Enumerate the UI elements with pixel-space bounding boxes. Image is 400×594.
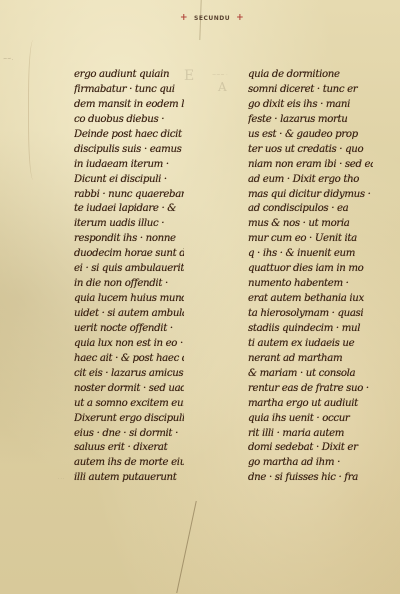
text-line: eius · dne · si dormit ·: [74, 427, 184, 442]
text-line: rit illi · maria autem: [248, 427, 373, 442]
text-line: quia ihs uenit · occur: [248, 412, 373, 427]
text-line: autem ihs de morte eius ·: [74, 456, 184, 471]
text-line: co duobus diebus ·: [74, 113, 184, 128]
text-line: te iudaei lapidare · &: [74, 202, 184, 217]
text-line: domi sedebat · Dixit er: [248, 441, 373, 456]
text-line: niam non eram ibi · sed eamus: [248, 158, 373, 173]
text-line: ad condiscipulos · ea: [248, 202, 373, 217]
show-through-mark: ~~~ ·: [212, 72, 228, 78]
page-fold: [28, 40, 41, 180]
text-line: in die non offendit ·: [74, 277, 184, 292]
text-line: firmabatur · tunc qui: [74, 83, 184, 98]
text-line: martha ergo ut audiuit: [248, 397, 373, 412]
text-line: uerit nocte offendit ·: [74, 322, 184, 337]
text-line: q · ihs · & inuenit eum: [248, 247, 373, 262]
margin-note: ~~.: [3, 56, 13, 63]
text-line: & mariam · ut consola: [248, 367, 373, 382]
text-line: somni diceret · tunc er: [248, 83, 373, 98]
text-line: rabbi · nunc quaerebant: [74, 188, 184, 203]
text-line: uidet · si autem ambula: [74, 307, 184, 322]
text-line: discipulis suis · eamus: [74, 143, 184, 158]
text-line: ta hierosolymam · quasi: [248, 307, 373, 322]
text-line: ter uos ut credatis · quo: [248, 143, 373, 158]
red-cross-icon: +: [180, 13, 188, 23]
text-line: in iudaeam iterum ·: [74, 158, 184, 173]
text-line: respondit ihs · nonne: [74, 232, 184, 247]
text-column-right: quia de dormitione somni diceret · tunc …: [248, 68, 373, 486]
text-line: rentur eas de fratre suo ·: [248, 382, 373, 397]
text-line: ei · si quis ambulauerit: [74, 262, 184, 277]
text-line: duodecim horae sunt di: [74, 247, 184, 262]
text-column-left: ergo audiunt quiain firmabatur · tunc qu…: [74, 68, 184, 486]
text-line: go martha ad ihm ·: [248, 456, 373, 471]
text-line: nerant ad martham: [248, 352, 373, 367]
text-line: numento habentem ·: [248, 277, 373, 292]
running-header: + SECUNDU +: [180, 11, 244, 25]
text-line: Dixerunt ergo discipuli: [74, 412, 184, 427]
text-line: mus & nos · ut moria: [248, 217, 373, 232]
text-line: go dixit eis ihs · mani: [248, 98, 373, 113]
text-line: erat autem bethania iux: [248, 292, 373, 307]
bottom-margin-note: · · ·: [58, 476, 64, 481]
text-line: us est · & gaudeo prop: [248, 128, 373, 143]
show-through-letter: A: [218, 80, 227, 94]
text-line: ergo audiunt quiain: [74, 68, 184, 83]
text-line: ti autem ex iudaeis ue: [248, 337, 373, 352]
text-line: illi autem putauerunt: [74, 471, 184, 486]
text-line: quattuor dies iam in mo: [248, 262, 373, 277]
text-line: cit eis · lazarus amicus: [74, 367, 184, 382]
text-line: quia lucem huius mundi: [74, 292, 184, 307]
text-line: dne · si fuisses hic · fra: [248, 471, 373, 486]
text-line: quia lux non est in eo ·: [74, 337, 184, 352]
text-line: noster dormit · sed uado: [74, 382, 184, 397]
text-line: ad eum · Dixit ergo tho: [248, 173, 373, 188]
text-line: haec ait · & post haec di: [74, 352, 184, 367]
text-line: saluus erit · dixerat: [74, 441, 184, 456]
text-line: stadiis quindecim · mul: [248, 322, 373, 337]
red-cross-icon: +: [236, 13, 244, 23]
text-line: feste · lazarus mortu: [248, 113, 373, 128]
text-line: dem mansit in eodem lo: [74, 98, 184, 113]
text-line: iterum uadis illuc ·: [74, 217, 184, 232]
text-line: Deinde post haec dicit: [74, 128, 184, 143]
text-line: quia de dormitione: [248, 68, 373, 83]
header-title: SECUNDU: [194, 15, 230, 22]
text-line: ut a somno excitem eum ·: [74, 397, 184, 412]
text-line: mas qui dicitur didymus ·: [248, 188, 373, 203]
text-line: mur cum eo · Uenit ita: [248, 232, 373, 247]
show-through-initial: E: [184, 68, 194, 84]
text-line: Dicunt ei discipuli ·: [74, 173, 184, 188]
